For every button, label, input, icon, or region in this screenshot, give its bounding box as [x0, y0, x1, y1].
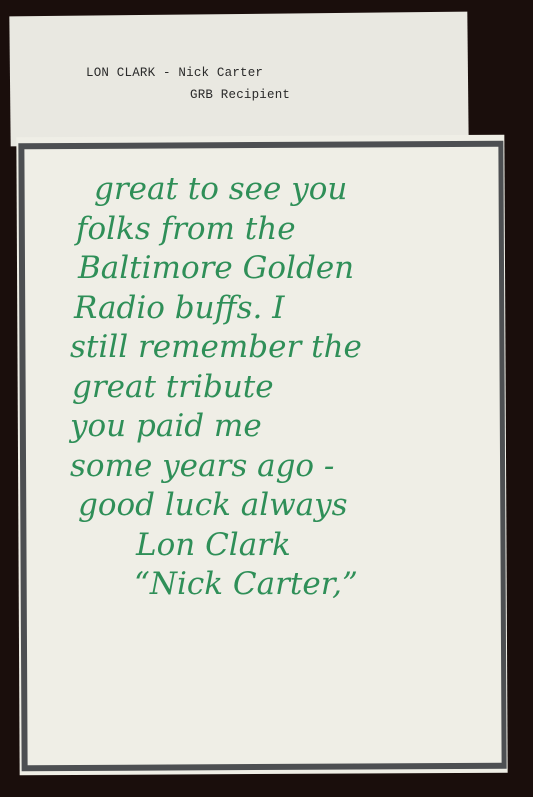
note-line: good luck always	[70, 486, 490, 526]
note-line: Radio buffs. I	[70, 289, 490, 329]
note-line: some years ago -	[70, 447, 490, 487]
note-line: you paid me	[70, 407, 490, 447]
note-line: great tribute	[70, 368, 490, 408]
handwritten-note: great to see you folks from the Baltimor…	[70, 170, 490, 605]
signature-line: Lon Clark	[70, 526, 490, 566]
header-recipient-line: GRB Recipient	[190, 88, 290, 102]
note-line: Baltimore Golden	[70, 249, 490, 289]
note-line: still remember the	[70, 328, 490, 368]
note-line: great to see you	[70, 170, 490, 210]
note-line: folks from the	[70, 210, 490, 250]
header-name-line: LON CLARK - Nick Carter	[86, 66, 263, 80]
signature-character-line: “Nick Carter,”	[70, 565, 490, 605]
